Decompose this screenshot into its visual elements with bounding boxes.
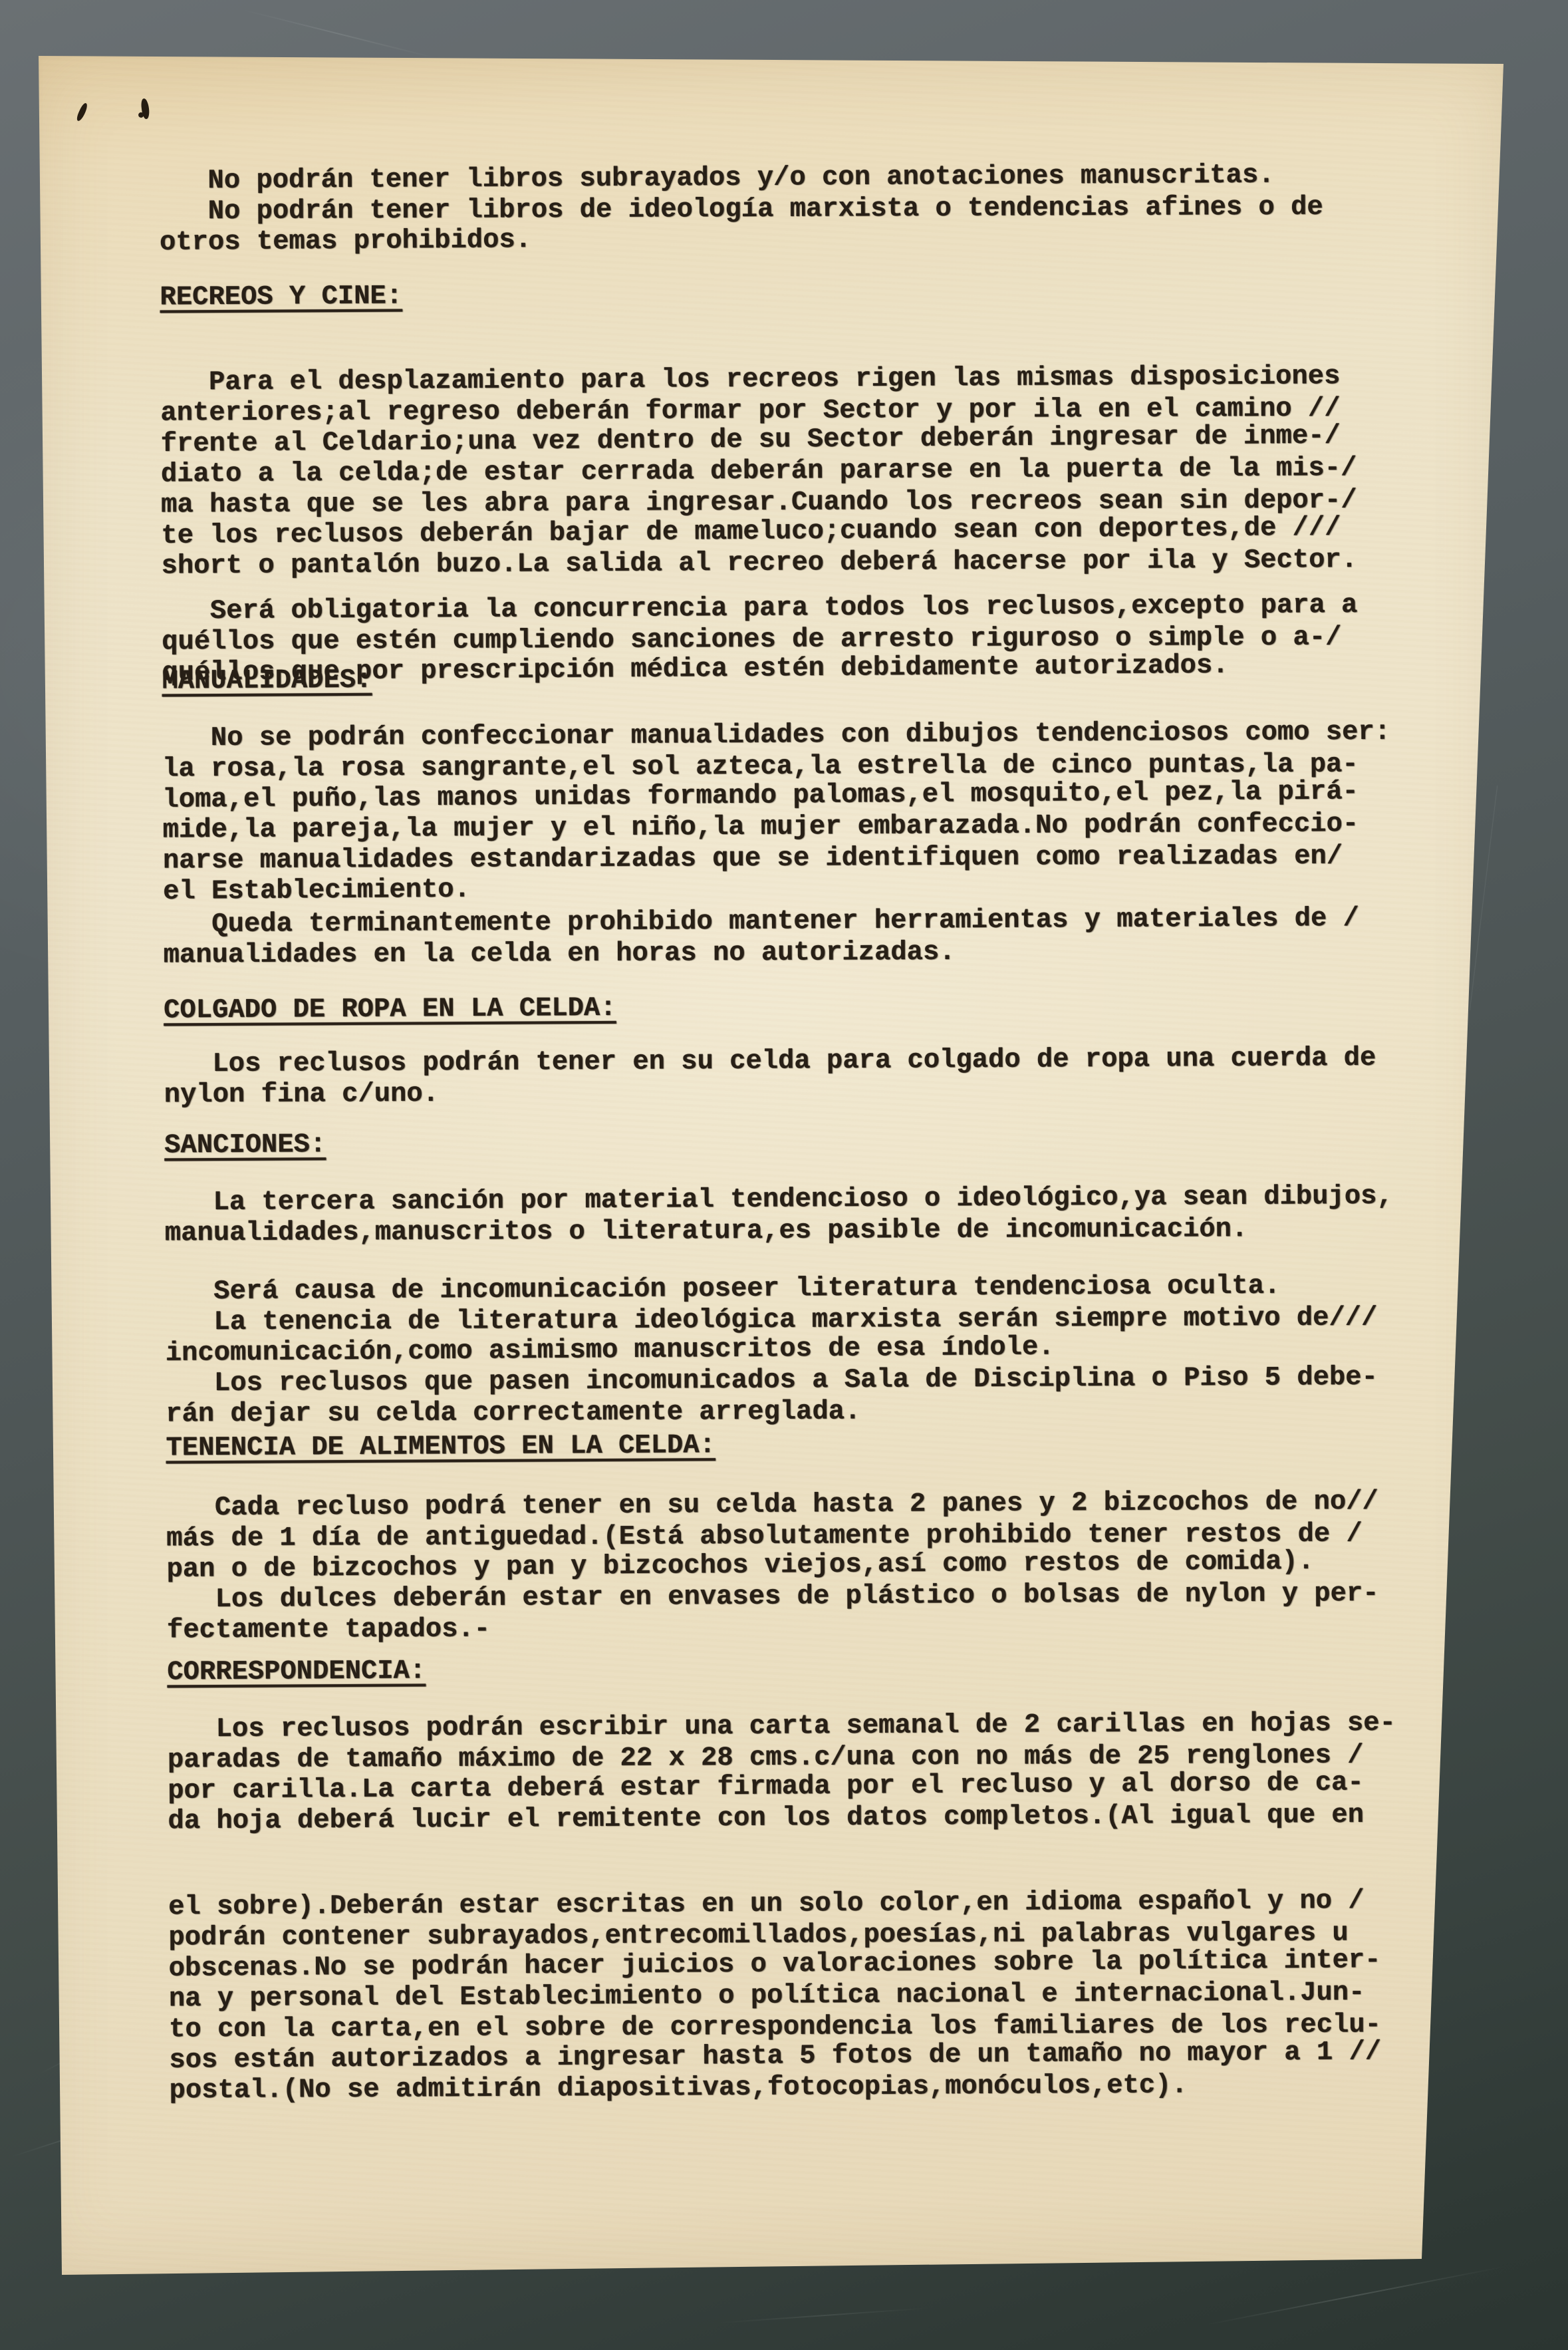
section-heading-text: CORRESPONDENCIA: (167, 1656, 426, 1688)
section-paragraph: Queda terminantemente prohibido mantener… (163, 903, 1359, 970)
typewritten-line: Los reclusos que pasen incomunicados a S… (166, 1362, 1378, 1399)
section-paragraph: Para el desplazamiento para los recreos … (160, 361, 1357, 581)
typewritten-line: mide,la pareja,la mujer y el niño,la muj… (163, 809, 1391, 846)
typewritten-line: Cada recluso podrá tener en su celda has… (166, 1487, 1378, 1524)
scratch-line (718, 2307, 930, 2323)
section-heading-text: COLGADO DE ROPA EN LA CELDA: (164, 993, 616, 1026)
typewritten-line: nylon fina c/uno. (164, 1075, 1376, 1110)
typewritten-line: da hoja deberá lucir el remitente con lo… (168, 1800, 1396, 1837)
section-paragraph: el sobre).Deberán estar escritas en un s… (168, 1886, 1381, 2107)
typewritten-line: diato a la celda;de estar cerrada deberá… (161, 453, 1357, 490)
scratch-line (242, 9, 436, 59)
typewritten-line: Será causa de incomunicación poseer lite… (165, 1270, 1377, 1308)
section-heading: CORRESPONDENCIA: (167, 1656, 426, 1688)
section-paragraph: Los reclusos podrán tener en su celda pa… (164, 1043, 1376, 1111)
section-paragraph: La tercera sanción por material tendenci… (165, 1181, 1394, 1249)
typewritten-line: Los reclusos podrán tener en su celda pa… (164, 1043, 1376, 1080)
typewritten-line: Para el desplazamiento para los recreos … (160, 361, 1357, 398)
typewritten-line: No podrán tener libros subrayados y/o co… (159, 160, 1323, 196)
typewritten-line: manualidades,manuscritos o literatura,es… (165, 1213, 1393, 1248)
typewritten-line: fectamente tapados.- (167, 1610, 1379, 1646)
section-heading: SANCIONES: (164, 1129, 326, 1161)
document-page: No podrán tener libros subrayados y/o co… (37, 55, 1506, 2277)
typewritten-line: na y personal del Establecimiento o polí… (169, 1978, 1381, 2015)
scanned-photo-background: { "page": { "background_top_color": "#6a… (0, 0, 1568, 2350)
typewritten-line: Será obligatoria la concurrencia para to… (162, 590, 1358, 627)
section-heading: COLGADO DE ROPA EN LA CELDA: (164, 993, 616, 1026)
section-heading-text: TENENCIA DE ALIMENTOS EN LA CELDA: (166, 1430, 716, 1463)
typewritten-line: short o pantalón buzo.La salida al recre… (161, 545, 1357, 581)
typewritten-line: Los reclusos podrán escribir una carta s… (168, 1708, 1396, 1745)
section-heading-text: MANUALIDADES: (162, 665, 372, 697)
intro-paragraph: No podrán tener libros subrayados y/o co… (159, 160, 1323, 257)
typewritten-line: La tercera sanción por material tendenci… (165, 1181, 1393, 1219)
typewritten-line: rán dejar su celda correctamente arregla… (166, 1394, 1378, 1429)
section-paragraph: Será causa de incomunicación poseer lite… (165, 1270, 1378, 1430)
typewritten-line: postal.(No se admitirán diapositivas,fot… (169, 2069, 1381, 2107)
section-heading: MANUALIDADES: (162, 665, 372, 697)
section-paragraph: Los reclusos podrán escribir una carta s… (168, 1708, 1396, 1837)
typewritten-line: el sobre).Deberán estar escritas en un s… (168, 1886, 1380, 1923)
typewritten-line: Los dulces deberán estar en envases de p… (167, 1578, 1379, 1616)
scratch-line (1206, 2266, 1507, 2325)
typewritten-line: No se podrán confeccionar manualidades c… (162, 717, 1390, 754)
typewritten-line: manualidades en la celda en horas no aut… (164, 936, 1360, 971)
typewritten-line: Queda terminantemente prohibido mantener… (163, 903, 1359, 940)
section-paragraph: No se podrán confeccionar manualidades c… (162, 717, 1392, 907)
section-heading-text: SANCIONES: (164, 1129, 326, 1161)
section-heading: TENENCIA DE ALIMENTOS EN LA CELDA: (166, 1430, 716, 1463)
document-content: No podrán tener libros subrayados y/o co… (37, 47, 1517, 2278)
section-heading: RECREOS Y CINE: (160, 281, 402, 313)
section-heading-text: RECREOS Y CINE: (160, 281, 402, 313)
section-paragraph: Cada recluso podrá tener en su celda has… (166, 1487, 1379, 1646)
